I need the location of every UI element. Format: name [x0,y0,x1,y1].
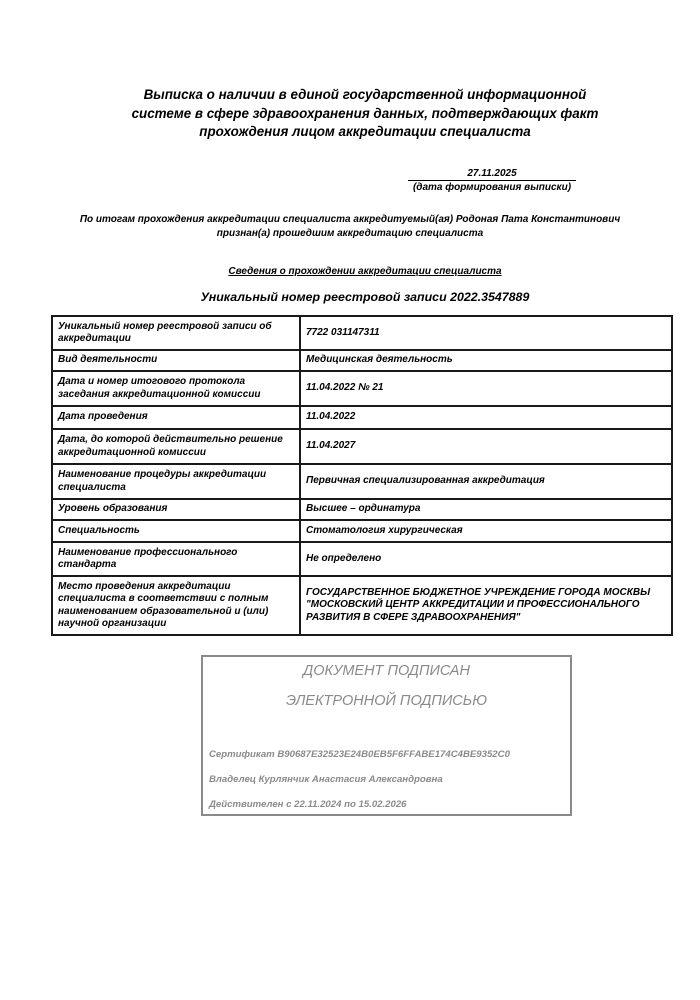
row-value: ГОСУДАРСТВЕННОЕ БЮДЖЕТНОЕ УЧРЕЖДЕНИЕ ГОР… [300,576,672,635]
row-value: 11.04.2027 [300,429,672,464]
title-line: прохождения лицом аккредитации специалис… [100,123,630,142]
row-value: 11.04.2022 № 21 [300,371,672,406]
result-line: признан(а) прошедшим аккредитацию специа… [40,227,660,241]
table-row: Специальность Стоматология хирургическая [52,520,672,542]
table-row: Уникальный номер реестровой записи об ак… [52,316,672,350]
formation-date: 27.11.2025 [408,168,576,181]
table-row: Уровень образования Высшее – ординатура [52,499,672,520]
row-label: Место проведения аккредитации специалист… [52,576,300,635]
row-value: Первичная специализированная аккредитаци… [300,464,672,499]
formation-date-caption: (дата формирования выписки) [408,181,576,194]
row-label: Дата и номер итогового протокола заседан… [52,371,300,406]
stamp-certificate: Сертификат B90687E32523E24B0EB5F6FFABE17… [209,749,510,760]
row-value: Высшее – ординатура [300,499,672,520]
table-row: Наименование профессионального стандарта… [52,542,672,576]
accreditation-result: По итогам прохождения аккредитации специ… [40,213,660,241]
row-label: Дата, до которой действительно решение а… [52,429,300,464]
stamp-owner: Владелец Курлянчик Анастасия Александров… [209,774,443,785]
result-line: По итогам прохождения аккредитации специ… [40,213,660,227]
document-title: Выписка о наличии в единой государственн… [100,86,630,142]
table-row: Вид деятельности Медицинская деятельност… [52,350,672,371]
section-heading: Сведения о прохождении аккредитации спец… [150,266,580,277]
row-label: Дата проведения [52,406,300,429]
stamp-title-line2: ЭЛЕКТРОННОЙ ПОДПИСЬЮ [203,693,570,709]
registry-number-heading: Уникальный номер реестровой записи 2022.… [120,290,610,304]
row-value: 11.04.2022 [300,406,672,429]
row-label: Вид деятельности [52,350,300,371]
title-line: Выписка о наличии в единой государственн… [100,86,630,105]
accreditation-info-table: Уникальный номер реестровой записи об ак… [51,315,673,636]
row-label: Специальность [52,520,300,542]
row-value: Не определено [300,542,672,576]
table-row: Наименование процедуры аккредитации спец… [52,464,672,499]
row-label: Наименование профессионального стандарта [52,542,300,576]
table-row: Место проведения аккредитации специалист… [52,576,672,635]
table-row: Дата, до которой действительно решение а… [52,429,672,464]
table-row: Дата и номер итогового протокола заседан… [52,371,672,406]
electronic-signature-stamp: ДОКУМЕНТ ПОДПИСАН ЭЛЕКТРОННОЙ ПОДПИСЬЮ С… [201,655,572,816]
stamp-validity: Действителен с 22.11.2024 по 15.02.2026 [209,799,407,810]
row-value: 7722 031147311 [300,316,672,350]
title-line: системе в сфере здравоохранения данных, … [100,105,630,124]
stamp-title-line1: ДОКУМЕНТ ПОДПИСАН [203,663,570,679]
formation-date-block: 27.11.2025 (дата формирования выписки) [408,168,576,194]
row-label: Уровень образования [52,499,300,520]
row-value: Стоматология хирургическая [300,520,672,542]
row-label: Наименование процедуры аккредитации спец… [52,464,300,499]
row-value: Медицинская деятельность [300,350,672,371]
row-label: Уникальный номер реестровой записи об ак… [52,316,300,350]
table-row: Дата проведения 11.04.2022 [52,406,672,429]
